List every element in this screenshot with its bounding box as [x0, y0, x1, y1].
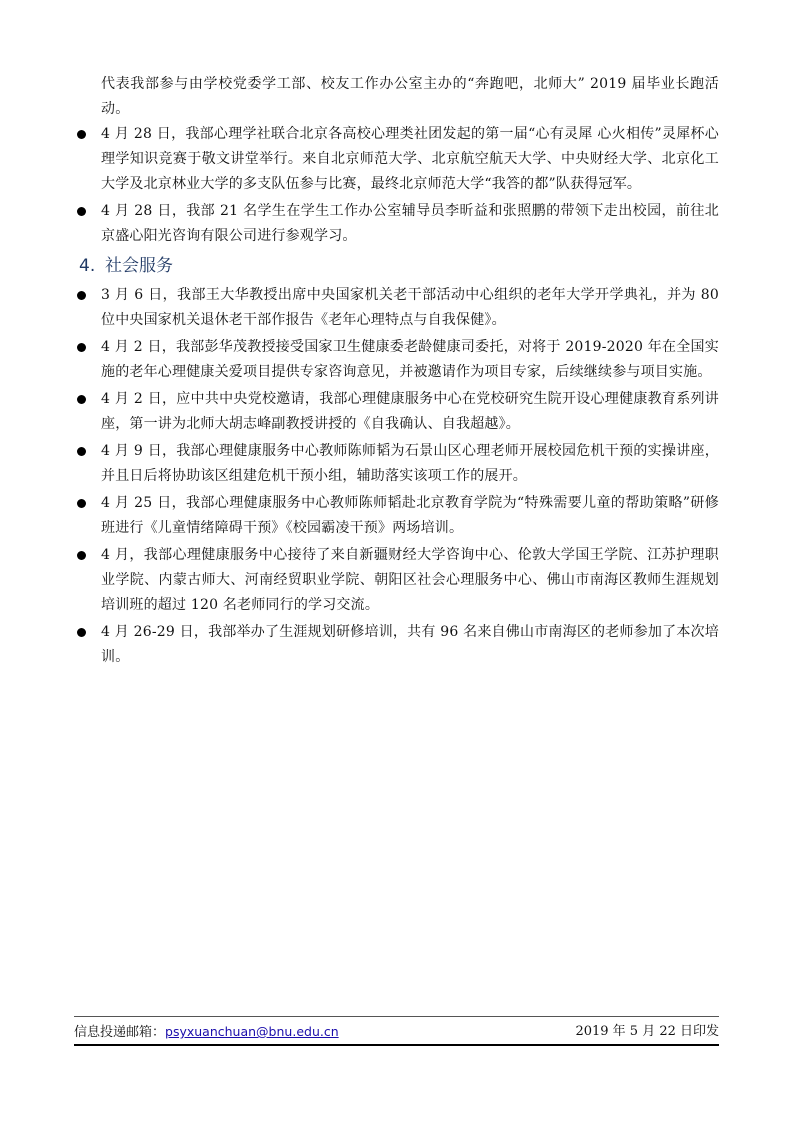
- email-label: 信息投递邮箱：: [74, 1025, 165, 1040]
- bullet-icon: [77, 499, 86, 508]
- list-item-text: 3 月 6 日，我部王大华教授出席中央国家机关老干部活动中心组织的老年大学开学典…: [101, 287, 719, 328]
- continuation-paragraph: 代表我部参与由学校党委学工部、校友工作办公室主办的“奔跑吧，北师大” 2019 …: [101, 72, 719, 122]
- list-item: 4 月 26-29 日，我部举办了生涯规划研修培训，共有 96 名来自佛山市南海…: [79, 620, 719, 670]
- bullet-icon: [77, 551, 86, 560]
- bullet-icon: [77, 343, 86, 352]
- list-item: 4 月 28 日，我部 21 名学生在学生工作办公室辅导员李昕益和张照鹏的带领下…: [79, 199, 719, 249]
- list-item-text: 4 月 9 日，我部心理健康服务中心教师陈师韬为石景山区心理老师开展校园危机干预…: [101, 443, 719, 484]
- list-item: 4 月，我部心理健康服务中心接待了来自新疆财经大学咨询中心、伦敦大学国王学院、江…: [79, 543, 719, 618]
- list-item: 4 月 2 日，我部彭华茂教授接受国家卫生健康委老龄健康司委托，对将于 2019…: [79, 335, 719, 385]
- list-item-text: 4 月 26-29 日，我部举办了生涯规划研修培训，共有 96 名来自佛山市南海…: [101, 624, 719, 665]
- bullet-icon: [77, 207, 86, 216]
- list-item-text: 4 月 25 日，我部心理健康服务中心教师陈师韬赴北京教育学院为“特殊需要儿童的…: [101, 495, 719, 536]
- bullet-icon: [77, 447, 86, 456]
- list-item: 3 月 6 日，我部王大华教授出席中央国家机关老干部活动中心组织的老年大学开学典…: [79, 283, 719, 333]
- list-item: 4 月 2 日，应中共中央党校邀请，我部心理健康服务中心在党校研究生院开设心理健…: [79, 387, 719, 437]
- document-body: 代表我部参与由学校党委学工部、校友工作办公室主办的“奔跑吧，北师大” 2019 …: [79, 72, 719, 672]
- footer: 信息投递邮箱：psyxuanchuan@bnu.edu.cn 2019 年 5 …: [74, 1022, 719, 1042]
- section-title: 社会服务: [105, 256, 173, 276]
- footer-divider-bottom: [74, 1044, 719, 1046]
- print-date: 2019 年 5 月 22 日印发: [575, 1022, 719, 1042]
- list-item: 4 月 28 日，我部心理学社联合北京各高校心理类社团发起的第一届“心有灵犀 心…: [79, 122, 719, 197]
- list-item-text: 4 月 2 日，我部彭华茂教授接受国家卫生健康委老龄健康司委托，对将于 2019…: [101, 339, 719, 380]
- section-number: 4.: [79, 253, 105, 279]
- list-item-text: 4 月 28 日，我部 21 名学生在学生工作办公室辅导员李昕益和张照鹏的带领下…: [101, 203, 719, 244]
- bullet-icon: [77, 395, 86, 404]
- footer-email-block: 信息投递邮箱：psyxuanchuan@bnu.edu.cn: [74, 1022, 339, 1042]
- list-item: 4 月 25 日，我部心理健康服务中心教师陈师韬赴北京教育学院为“特殊需要儿童的…: [79, 491, 719, 541]
- bullet-icon: [77, 130, 86, 139]
- footer-divider-top: [74, 1016, 719, 1017]
- bullet-icon: [77, 291, 86, 300]
- list-item: 4 月 9 日，我部心理健康服务中心教师陈师韬为石景山区心理老师开展校园危机干预…: [79, 439, 719, 489]
- list-item-text: 4 月，我部心理健康服务中心接待了来自新疆财经大学咨询中心、伦敦大学国王学院、江…: [101, 547, 719, 613]
- email-link[interactable]: psyxuanchuan@bnu.edu.cn: [165, 1024, 339, 1039]
- bullet-icon: [77, 628, 86, 637]
- section-heading: 4.社会服务: [79, 253, 719, 279]
- list-item-text: 4 月 28 日，我部心理学社联合北京各高校心理类社团发起的第一届“心有灵犀 心…: [101, 126, 719, 192]
- list-item-text: 4 月 2 日，应中共中央党校邀请，我部心理健康服务中心在党校研究生院开设心理健…: [101, 391, 719, 432]
